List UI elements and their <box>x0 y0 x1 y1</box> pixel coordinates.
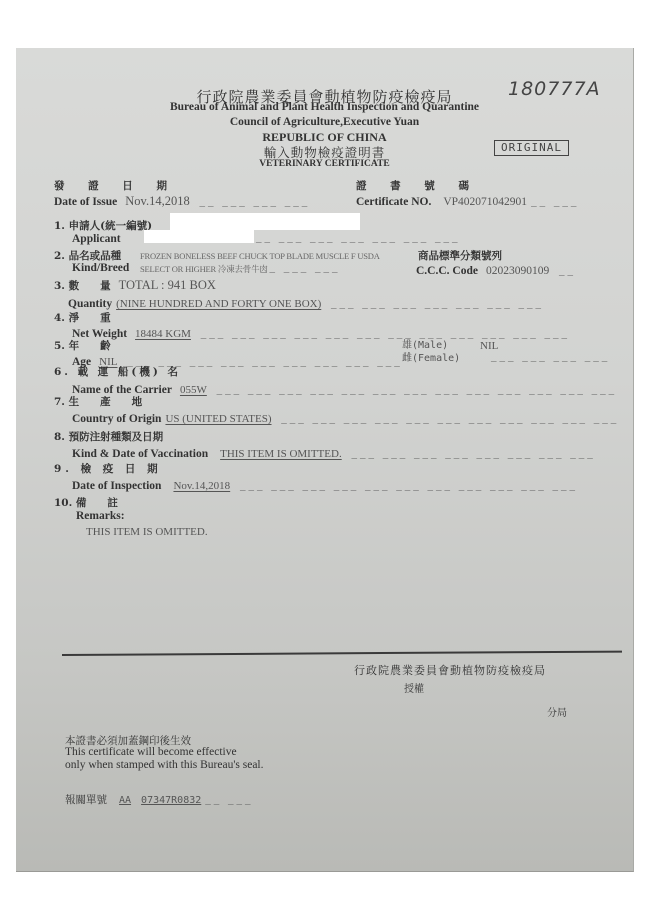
quantity-words: (NINE HUNDRED AND FORTY ONE BOX) <box>116 298 321 310</box>
issue-date-label-zh: 發 證 日 期 <box>54 178 177 193</box>
signature-divider <box>62 651 622 656</box>
vaccination-row: Kind & Date of Vaccination THIS ITEM IS … <box>72 444 596 462</box>
customs-row: 報關單號 AA 07347R0832 __ ___ <box>65 790 254 808</box>
fill-dashes: __ ___ ___ <box>261 262 341 274</box>
vaccination-label-zh: 8. 預防注射種類及日期 <box>54 429 163 444</box>
fill-dashes: __ ___ <box>205 794 253 806</box>
remarks-label-zh: 10. 備 註 <box>54 495 118 510</box>
cert-no-label-zh: 證 書 號 碼 <box>356 178 479 193</box>
seal-note-en-1: This certificate will become effective <box>65 746 237 758</box>
applicant-label-zh: 1. 申請人(統一編號) <box>54 218 152 233</box>
inspection-value: Nov.14,2018 <box>173 480 230 492</box>
kind-value-line2: SELECT OR HIGHER 冷凍去骨牛肉 <box>140 263 268 275</box>
inspection-row: Date of Inspection Nov.14,2018 ___ ___ _… <box>72 476 578 494</box>
origin-label-zh: 7. 生 產 地 <box>54 394 142 409</box>
ccc-row: C.C.C. Code 02023090109 __ <box>416 261 576 279</box>
origin-row: Country of Origin US (UNITED STATES) ___… <box>72 409 619 427</box>
fill-dashes: __ ___ ___ ___ <box>194 196 311 208</box>
remarks-value: THIS ITEM IS OMITTED. <box>86 526 208 538</box>
certificate-paper: 行政院農業委員會動植物防疫檢疫局 Bureau of Animal and Pl… <box>16 48 634 872</box>
customs-label-zh: 報關單號 <box>65 794 107 806</box>
customs-number: 07347R0832 <box>141 795 201 806</box>
cert-no-value: VP402071042901 <box>443 196 527 208</box>
remarks-label: Remarks: <box>76 510 125 522</box>
ccc-label: C.C.C. Code <box>416 265 478 277</box>
fill-dashes: ___ ___ ___ ___ <box>491 351 610 363</box>
carrier-value: 055W <box>180 384 207 396</box>
redaction-box <box>170 213 360 230</box>
quantity-row-zh: 3. 數 量 TOTAL : 941 BOX <box>54 276 216 294</box>
ccc-value: 02023090109 <box>486 265 549 277</box>
carrier-label-zh: 6. 載 運 船(機) 名 <box>54 364 181 379</box>
fill-dashes: __ <box>553 265 576 277</box>
redaction-box <box>144 230 254 243</box>
cert-no-row: Certificate NO. VP402071042901 __ ___ <box>356 192 579 210</box>
origin-value: US (UNITED STATES) <box>165 413 271 425</box>
fill-dashes: __ ___ <box>531 196 579 208</box>
fill-dashes: ___ ___ ___ ___ ___ ___ ___ ___ ___ ___ … <box>211 384 617 396</box>
vaccination-value: THIS ITEM IS OMITTED. <box>220 448 342 460</box>
net-weight-label-zh: 4. 淨 重 <box>54 310 111 325</box>
carrier-row: Name of the Carrier 055W ___ ___ ___ ___… <box>72 380 617 398</box>
council-title: Council of Agriculture,Executive Yuan <box>16 116 633 128</box>
fill-dashes: ___ ___ ___ ___ ___ ___ ___ ___ ___ ___ … <box>234 480 578 492</box>
net-weight-value: 18484 KGM <box>135 328 191 340</box>
kind-label: Kind/Breed <box>72 262 129 274</box>
certificate-title-en: VETERINARY CERTIFICATE <box>16 159 633 169</box>
fill-dashes: ___ ___ ___ ___ ___ ___ ___ ___ ___ ___ … <box>195 328 570 340</box>
vaccination-label: Kind & Date of Vaccination <box>72 448 208 460</box>
quantity-row: Quantity (NINE HUNDRED AND FORTY ONE BOX… <box>68 294 544 312</box>
applicant-label: Applicant <box>72 233 121 245</box>
signer-agency-zh: 行政院農業委員會動植物防疫檢疫局 <box>354 662 546 678</box>
fill-dashes: ___ ___ ___ ___ ___ ___ ___ ___ <box>346 448 596 460</box>
cert-no-label: Certificate NO. <box>356 196 431 208</box>
handwritten-reference: 180777A <box>508 78 601 100</box>
original-stamp: ORIGINAL <box>494 140 569 156</box>
inspection-label-zh: 9. 檢 疫 日 期 <box>54 461 162 476</box>
issue-date-label: Date of Issue <box>54 196 117 208</box>
branch-zh: 分局 <box>547 704 567 719</box>
quantity-label: Quantity <box>68 298 112 310</box>
authorized-zh: 授權 <box>404 680 424 695</box>
seal-note-en-2: only when stamped with this Bureau's sea… <box>65 759 264 771</box>
origin-label: Country of Origin <box>72 413 161 425</box>
kind-label-zh: 2. 品名或品種 <box>54 248 121 263</box>
fill-dashes: __ ___ ___ ___ ___ ___ ___ <box>256 232 461 244</box>
age-label-zh: 5. 年 齡 <box>54 338 111 353</box>
customs-prefix: AA <box>119 795 131 806</box>
agency-title-en: Bureau of Animal and Plant Health Inspec… <box>16 101 633 113</box>
kind-value-line1: FROZEN BONELESS BEEF CHUCK TOP BLADE MUS… <box>140 251 380 261</box>
female-label: 雌(Female) <box>402 349 460 364</box>
fill-dashes: ___ ___ ___ ___ ___ ___ ___ <box>325 298 544 310</box>
quantity-label-zh: 3. 數 量 <box>54 280 111 292</box>
issue-date-value: Nov.14,2018 <box>125 194 189 208</box>
issue-date-row: Date of Issue Nov.14,2018 __ ___ ___ ___ <box>54 192 310 210</box>
quantity-total: TOTAL : 941 BOX <box>119 278 216 292</box>
fill-dashes: ___ ___ ___ ___ ___ ___ ___ ___ ___ ___ … <box>276 413 620 425</box>
inspection-label: Date of Inspection <box>72 480 161 492</box>
